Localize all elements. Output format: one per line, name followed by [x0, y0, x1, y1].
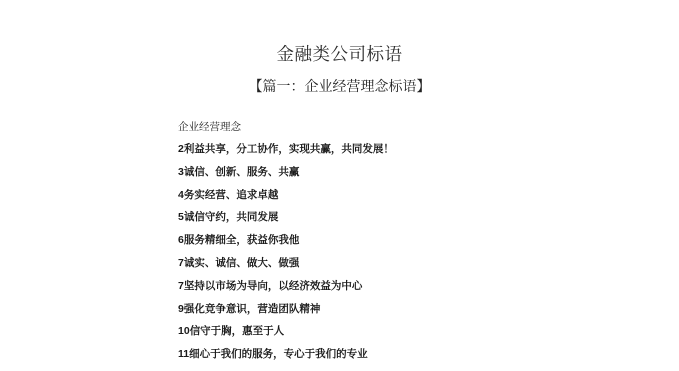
slogan-text: 强化竞争意识，营造团队精神 — [184, 303, 321, 315]
slogan-text: 信守于胸，惠至于人 — [190, 325, 285, 337]
document-page: 金融类公司标语 【篇一：企业经营理念标语】 企业经营理念 2利益共享，分工协作，… — [0, 0, 679, 371]
slogan-item: 11细心于我们的服务，专心于我们的专业 — [178, 346, 394, 369]
slogan-section: 企业经营理念 2利益共享，分工协作，实现共赢，共同发展！ 3诚信、创新、服务、共… — [178, 119, 394, 369]
slogan-list: 2利益共享，分工协作，实现共赢，共同发展！ 3诚信、创新、服务、共赢 4务实经营… — [178, 141, 394, 369]
slogan-text: 务实经营、追求卓越 — [184, 189, 279, 201]
slogan-text: 利益共享，分工协作，实现共赢，共同发展！ — [184, 143, 394, 155]
slogan-number: 11 — [178, 348, 189, 360]
slogan-text: 细心于我们的服务，专心于我们的专业 — [189, 348, 368, 360]
document-subtitle: 【篇一：企业经营理念标语】 — [0, 76, 679, 96]
section-heading: 企业经营理念 — [178, 119, 394, 141]
slogan-item: 7坚持以市场为导向，以经济效益为中心 — [178, 278, 394, 301]
slogan-item: 6服务精细全，获益你我他 — [178, 232, 394, 255]
slogan-item: 4务实经营、追求卓越 — [178, 187, 394, 210]
slogan-item: 2利益共享，分工协作，实现共赢，共同发展！ — [178, 141, 394, 164]
slogan-item: 3诚信、创新、服务、共赢 — [178, 164, 394, 187]
slogan-item: 7诚实、诚信、做大、做强 — [178, 255, 394, 278]
slogan-number: 10 — [178, 325, 190, 337]
slogan-text: 诚实、诚信、做大、做强 — [184, 257, 300, 269]
slogan-text: 服务精细全，获益你我他 — [184, 234, 300, 246]
slogan-text: 诚信、创新、服务、共赢 — [184, 166, 300, 178]
slogan-text: 诚信守约，共同发展 — [184, 211, 279, 223]
slogan-item: 9强化竞争意识，营造团队精神 — [178, 301, 394, 324]
slogan-item: 5诚信守约，共同发展 — [178, 209, 394, 232]
slogan-text: 坚持以市场为导向，以经济效益为中心 — [184, 280, 363, 292]
slogan-item: 10信守于胸，惠至于人 — [178, 323, 394, 346]
document-title: 金融类公司标语 — [0, 41, 679, 66]
